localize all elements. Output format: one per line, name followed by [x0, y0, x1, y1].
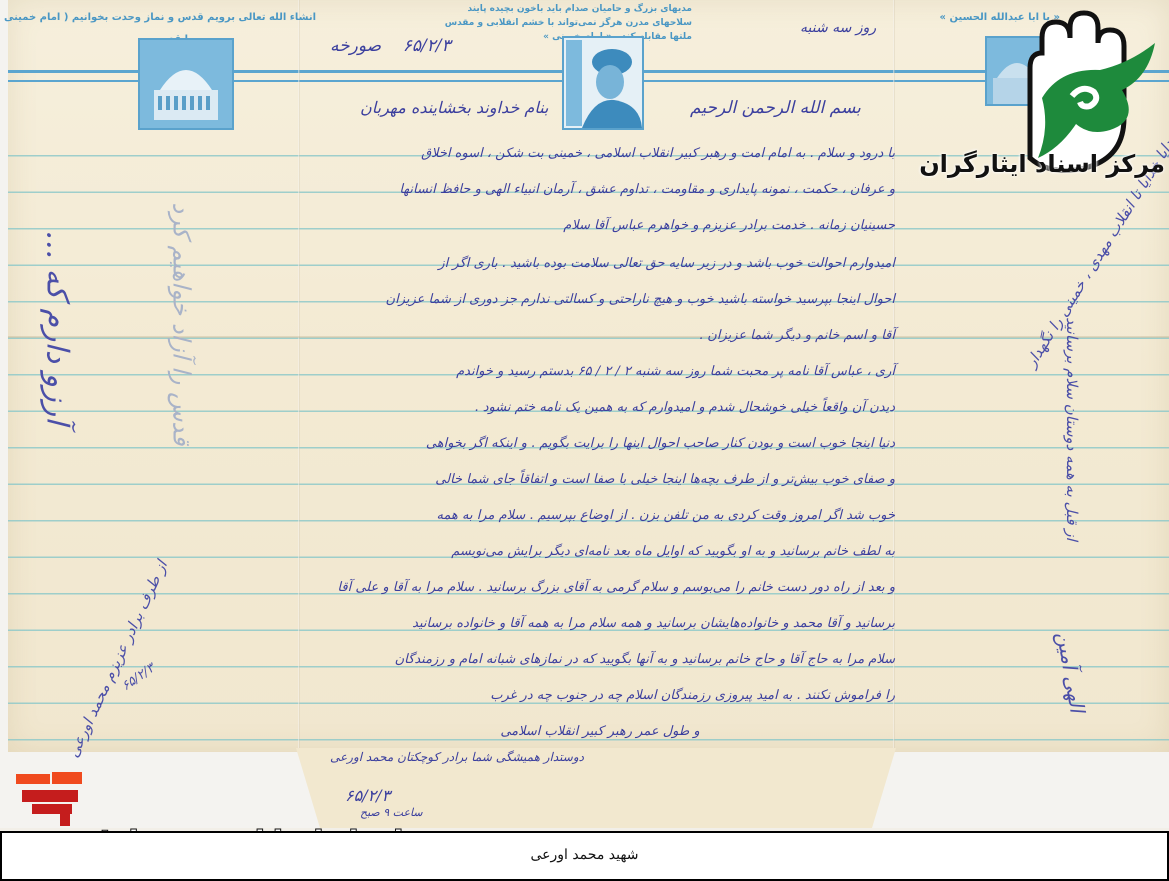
body-line: امیدوارم احوالت خوب باشد و در زیر سایه ح… — [305, 256, 895, 271]
letter-day: روز سه شنبه — [800, 20, 876, 36]
date-prefix: صورخه — [330, 36, 381, 56]
body-line: حسینیان زمانه . خدمت برادر عزیزم و خواهر… — [305, 218, 895, 233]
body-line: و بعد از راه دور دست خانم را می‌بوسم و س… — [305, 580, 895, 595]
footer-time: ساعت ۹ صبح — [360, 806, 423, 819]
body-line: و طول عمر رهبر کبیر انقلاب اسلامی — [305, 724, 895, 739]
body-line: با درود و سلام . به امام امت و رهبر کبیر… — [305, 146, 895, 161]
margin-note-left-vertical: آرزو دارم که ... — [40, 230, 75, 424]
salutation-right: بسم الله الرحمن الرحیم — [690, 98, 861, 118]
margin-note-right-bubble: از قبل به همه دوستان سلام برسانید — [1063, 317, 1081, 541]
body-line: احوال اینجا بپرسید خواسته باشید خوب و هی… — [305, 292, 895, 307]
body-line: و صفای خوب بیش‌تر و از طرف بچه‌ها اینجا … — [305, 472, 895, 487]
letter-date: ۶۵/۲/۳ صورخه — [330, 36, 451, 56]
caption-box: شهید محمد اورعی — [0, 831, 1169, 881]
body-line: خوب شد اگر امروز وقت کردی به من تلفن بزن… — [305, 508, 895, 523]
letterhead-left-slogan: انشاء الله تعالی برویم قدس و نماز وحدت ب… — [86, 12, 316, 23]
center-quote-line1: مدیهای بزرگ و حامیان صدام باید باخون بچی… — [482, 4, 692, 14]
navideshahed-logo-icon — [12, 770, 92, 830]
dome-of-the-rock-icon — [138, 38, 234, 130]
body-line: دنیا اینجا خوب است و بودن کنار صاحب احوا… — [305, 436, 895, 451]
body-line: را فراموش نکنند . به امید پیروزی رزمندگا… — [305, 688, 895, 703]
salutation-left: بنام خداوند بخشاینده مهربان — [360, 98, 548, 117]
body-line: سلام مرا به حاج آقا و حاج خانم برسانید و… — [305, 652, 895, 667]
margin-note-left-faded: قدس را آزاد خواهیم کرد — [167, 203, 195, 446]
caption-text: شهید محمد اورعی — [402, 847, 767, 863]
date-value: ۶۵/۲/۳ — [403, 36, 451, 56]
body-line: دیدن آن واقعاً خیلی خوشحال شدم و امیدوار… — [305, 400, 895, 415]
fold-line — [298, 0, 300, 752]
logo-name: مرکز اسناد ایثارگران — [995, 150, 1165, 178]
imam-portrait-icon — [562, 36, 644, 130]
signature-line: دوستدار همیشگی شما برادر کوچکتان محمد او… — [330, 750, 584, 764]
footer-date: ۶۵/۲/۳ — [345, 786, 390, 805]
body-line: به لطف خانم برسانید و به او بگویید که او… — [305, 544, 895, 559]
body-line: برسانید و آقا محمد و خانواده‌هایشان برسا… — [305, 616, 895, 631]
body-line: و عرفان ، حکمت ، نمونه پایداری و مقاومت … — [305, 182, 895, 197]
center-quote-line2: سلاحهای مدرن هرگز نمی‌تواند با خشم انقلا… — [482, 18, 692, 28]
body-line: آری ، عباس آقا نامه پر محبت شما روز سه ش… — [305, 364, 895, 379]
body-line: آقا و اسم خانم و دیگر شما عزیزان . — [305, 328, 895, 343]
